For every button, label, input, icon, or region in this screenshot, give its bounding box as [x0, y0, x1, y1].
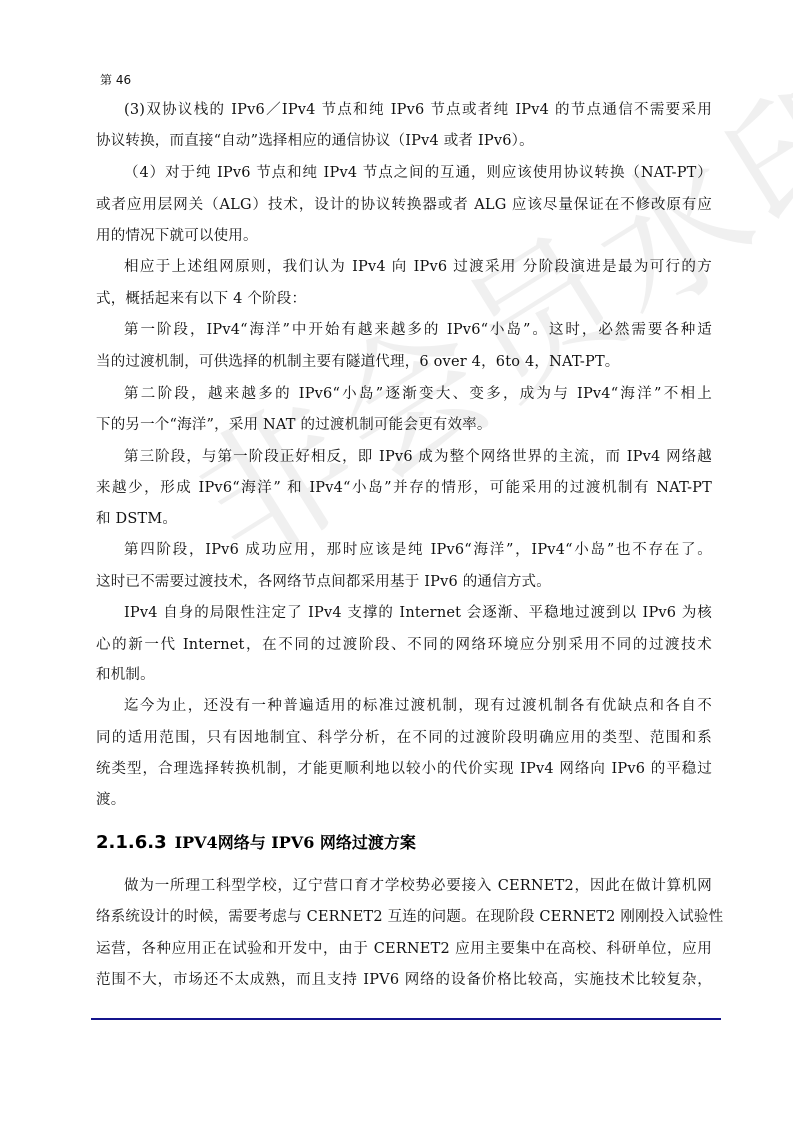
- text-line: 用的情况下就可以使用。: [96, 226, 712, 246]
- text-line: 第三阶段，与第一阶段正好相反，即 IPv6 成为整个网络世界的主流，而 IPv4…: [124, 447, 712, 467]
- text-line: 这时已不需要过渡技术，各网络节点间都采用基于 IPv6 的通信方式。: [96, 572, 712, 592]
- text-line: 统类型，合理选择转换机制，才能更顺利地以较小的代价实现 IPv4 网络向 IPv…: [96, 759, 712, 779]
- text-line: 范围不大，市场还不太成熟，而且支持 IPV6 网络的设备价格比较高，实施技术比较…: [96, 970, 712, 990]
- text-line: 运营，各种应用正在试验和开发中，由于 CERNET2 应用主要集中在高校、科研单…: [96, 939, 712, 959]
- footer-rule: [91, 1018, 721, 1020]
- text-line: IPv4 自身的局限性注定了 IPv4 支撑的 Internet 会逐渐、平稳地…: [124, 603, 712, 623]
- text-line: 式，概括起来有以下 4 个阶段：: [96, 289, 712, 309]
- text-line: 心的新一代 Internet，在不同的过渡阶段、不同的网络环境应分别采用不同的过…: [96, 635, 712, 655]
- text-line: (3)双协议栈的 IPv6／IPv4 节点和纯 IPv6 节点或者纯 IPv4 …: [124, 100, 712, 120]
- text-line: 做为一所理工科型学校，辽宁营口育才学校势必要接入 CERNET2，因此在做计算机…: [124, 876, 712, 896]
- text-line: 第一阶段，IPv4“海洋”中开始有越来越多的 IPv6“小岛”。这时，必然需要各…: [124, 320, 712, 340]
- text-line: 迄今为止，还没有一种普遍适用的标准过渡机制，现有过渡机制各有优缺点和各自不: [124, 696, 712, 716]
- text-line: 来越少，形成 IPv6“海洋” 和 IPv4“小岛”并存的情形，可能采用的过渡机…: [96, 478, 712, 498]
- text-line: （4）对于纯 IPv6 节点和纯 IPv4 节点之间的互通，则应该使用协议转换（…: [124, 163, 712, 183]
- section-title: IPV4网络与 IPV6 网络过渡方案: [175, 833, 416, 852]
- section-number: 2.1.6.3: [96, 832, 167, 853]
- text-line: 和机制。: [96, 665, 712, 685]
- text-line: 第四阶段，IPv6 成功应用，那时应该是纯 IPv6“海洋”，IPv4“小岛”也…: [124, 540, 712, 560]
- text-line: 或者应用层网关（ALG）技术，设计的协议转换器或者 ALG 应该尽量保证在不修改…: [96, 195, 712, 215]
- section-heading: 2.1.6.3IPV4网络与 IPV6 网络过渡方案: [96, 830, 416, 856]
- page-number: 第 46: [100, 72, 131, 88]
- text-line: 同的适用范围，只有因地制宜、科学分析，在不同的过渡阶段明确应用的类型、范围和系: [96, 728, 712, 748]
- text-line: 下的另一个“海洋”，采用 NAT 的过渡机制可能会更有效率。: [96, 415, 712, 435]
- text-line: 和 DSTM。: [96, 509, 712, 529]
- text-line: 当的过渡机制，可供选择的机制主要有隧道代理，6 over 4，6to 4，NAT…: [96, 352, 712, 372]
- text-line: 第二阶段，越来越多的 IPv6“小岛”逐渐变大、变多，成为与 IPv4“海洋”不…: [124, 384, 712, 404]
- text-line: 相应于上述组网原则，我们认为 IPv4 向 IPv6 过渡采用 分阶段演进是最为…: [124, 257, 712, 277]
- text-line: 协议转换，而直接“自动”选择相应的通信协议（IPv4 或者 IPv6）。: [96, 131, 712, 151]
- text-line: 渡。: [96, 790, 712, 810]
- text-line: 络系统设计的时候，需要考虑与 CERNET2 互连的问题。在现阶段 CERNET…: [96, 907, 712, 927]
